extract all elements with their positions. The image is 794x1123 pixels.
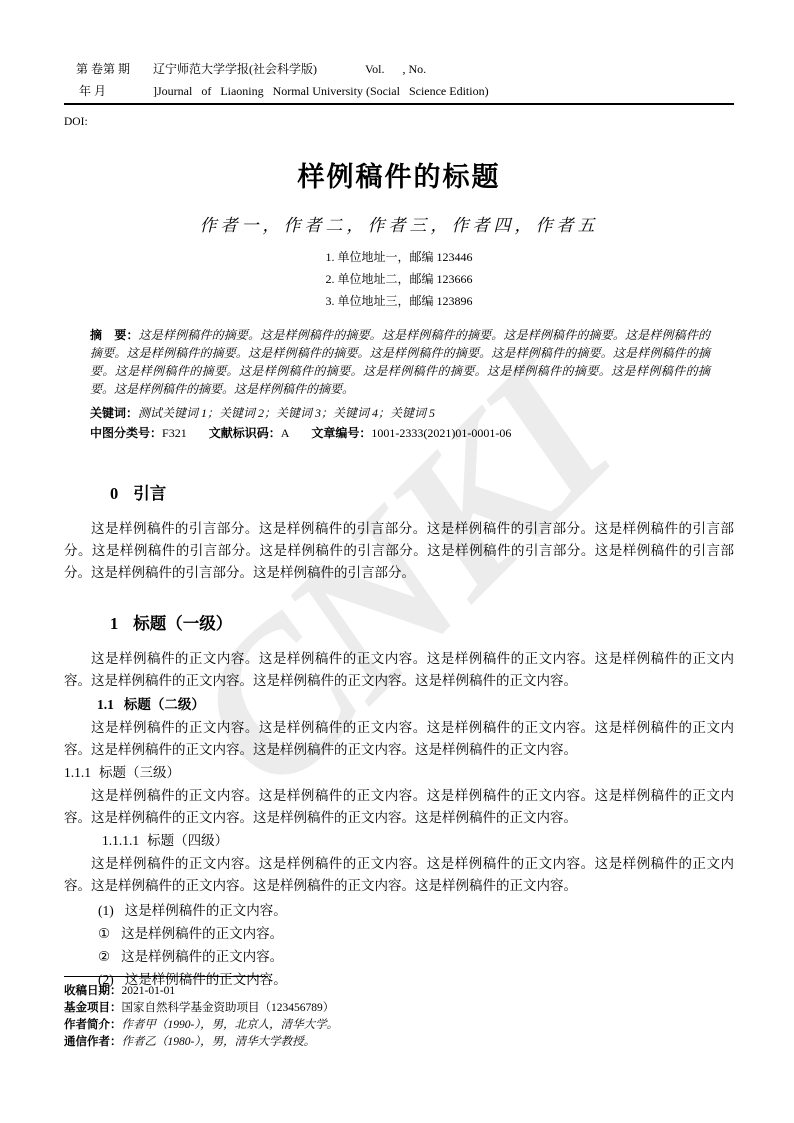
journal-name-cn: 辽宁师范大学学报(社会科学版) (153, 62, 317, 76)
keywords-line: 关键词：测试关键词 1；关键词 2；关键词 3；关键词 4；关键词 5 (90, 404, 710, 422)
footnote-block: 收稿日期：2021-01-01 基金项目：国家自然科学基金资助项目（123456… (64, 976, 338, 1051)
abstract-text: 这是样例稿件的摘要。这是样例稿件的摘要。这是样例稿件的摘要。这是样例稿件的摘要。… (90, 328, 710, 396)
list-item: (1)这是样例稿件的正文内容。 (64, 899, 734, 922)
affiliation-1: 1. 单位地址一，邮编 123446 (64, 246, 734, 268)
year-month-placeholder: 年 月 (76, 80, 153, 102)
masthead-line-2: 年 月]Journal of Liaoning Normal Universit… (76, 80, 734, 102)
affiliation-list: 1. 单位地址一，邮编 123446 2. 单位地址二，邮编 123666 3.… (64, 246, 734, 312)
list-item-text: 这是样例稿件的正文内容。 (121, 949, 283, 964)
section-heading-1: 1标题（一级） (64, 612, 734, 636)
vol-no-placeholder: Vol. , No. (365, 62, 426, 76)
footnote-rule (64, 976, 268, 977)
list-marker: (1) (98, 903, 114, 918)
journal-page: CNKI 第 卷第 期辽宁师范大学学报(社会科学版)Vol. , No. 年 月… (0, 0, 794, 1123)
masthead-line-1: 第 卷第 期辽宁师范大学学报(社会科学版)Vol. , No. (76, 58, 734, 80)
section-title: 标题（四级） (147, 833, 228, 848)
section-number: 1 (110, 614, 118, 633)
section-heading-1-1-1-1: 1.1.1.1标题（四级） (64, 830, 734, 852)
intro-paragraph: 这是样例稿件的引言部分。这是样例稿件的引言部分。这是样例稿件的引言部分。这是样例… (64, 518, 734, 584)
article-title: 样例稿件的标题 (64, 160, 734, 194)
received-date-line: 收稿日期：2021-01-01 (64, 983, 338, 1000)
list-item-text: 这是样例稿件的正文内容。 (121, 926, 283, 941)
journal-name-en: ]Journal of Liaoning Normal University (… (153, 84, 489, 98)
author-list: 作者一，作者二，作者三，作者四，作者五 (64, 214, 734, 238)
fund-project-line: 基金项目：国家自然科学基金资助项目（123456789） (64, 1000, 338, 1017)
article-id-label: 文章编号： (311, 426, 371, 440)
section-title: 引言 (133, 485, 166, 503)
list-item: ②这是样例稿件的正文内容。 (64, 945, 734, 968)
corresponding-author-label: 通信作者： (64, 1036, 122, 1048)
list-item: ①这是样例稿件的正文内容。 (64, 922, 734, 945)
abstract-block: 摘 要：这是样例稿件的摘要。这是样例稿件的摘要。这是样例稿件的摘要。这是样例稿件… (90, 326, 710, 442)
body-paragraph-4: 这是样例稿件的正文内容。这是样例稿件的正文内容。这是样例稿件的正文内容。这是样例… (64, 853, 734, 897)
fund-project-value: 国家自然科学基金资助项目（123456789） (122, 1002, 335, 1014)
body-paragraph-1: 这是样例稿件的正文内容。这是样例稿件的正文内容。这是样例稿件的正文内容。这是样例… (64, 648, 734, 692)
section-title: 标题（二级） (124, 697, 205, 712)
section-number: 1.1 (97, 697, 114, 712)
article-id-value: 1001-2333(2021)01-0001-06 (371, 426, 511, 440)
section-number: 1.1.1 (64, 765, 91, 780)
section-heading-1-1: 1.1标题（二级） (64, 694, 734, 716)
received-date-value: 2021-01-01 (122, 985, 176, 997)
list-marker: ① (98, 926, 110, 941)
section-title: 标题（三级） (99, 765, 180, 780)
section-heading-1-1-1: 1.1.1标题（三级） (64, 762, 734, 784)
body-paragraph-3: 这是样例稿件的正文内容。这是样例稿件的正文内容。这是样例稿件的正文内容。这是样例… (64, 785, 734, 829)
body-paragraph-2: 这是样例稿件的正文内容。这是样例稿件的正文内容。这是样例稿件的正文内容。这是样例… (64, 717, 734, 761)
affiliation-2: 2. 单位地址二，邮编 123666 (64, 268, 734, 290)
author-bio-line: 作者简介：作者甲（1990-），男，北京人，清华大学。 (64, 1017, 338, 1034)
section-number: 0 (110, 484, 118, 503)
clc-value: F321 (162, 426, 187, 440)
received-date-label: 收稿日期： (64, 985, 122, 997)
section-heading-intro: 0引言 (64, 482, 734, 506)
corresponding-author-value: 作者乙（1980-），男，清华大学教授。 (122, 1036, 316, 1048)
list-marker: ② (98, 949, 110, 964)
keywords-label: 关键词： (90, 406, 138, 420)
doc-code-value: A (281, 426, 290, 440)
list-item-text: 这是样例稿件的正文内容。 (125, 903, 287, 918)
affiliation-3: 3. 单位地址三，邮编 123896 (64, 290, 734, 312)
section-title: 标题（一级） (133, 615, 232, 633)
doc-code-label: 文献标识码： (209, 426, 281, 440)
author-bio-label: 作者简介： (64, 1019, 122, 1031)
masthead-rule (64, 103, 734, 105)
journal-masthead: 第 卷第 期辽宁师范大学学报(社会科学版)Vol. , No. 年 月]Jour… (64, 0, 734, 102)
page-content: 第 卷第 期辽宁师范大学学报(社会科学版)Vol. , No. 年 月]Jour… (0, 0, 794, 991)
author-bio-value: 作者甲（1990-），男，北京人，清华大学。 (122, 1019, 339, 1031)
abstract-label: 摘 要： (90, 328, 139, 342)
corresponding-author-line: 通信作者：作者乙（1980-），男，清华大学教授。 (64, 1034, 338, 1051)
classification-line: 中图分类号：F321文献标识码：A文章编号：1001-2333(2021)01-… (90, 424, 710, 442)
fund-project-label: 基金项目： (64, 1002, 122, 1014)
issue-volume-placeholder: 第 卷第 期 (76, 58, 153, 80)
section-number: 1.1.1.1 (102, 833, 139, 848)
clc-label: 中图分类号： (90, 426, 162, 440)
doi-line: DOI: (64, 114, 734, 130)
keywords-text: 测试关键词 1；关键词 2；关键词 3；关键词 4；关键词 5 (138, 406, 435, 420)
abstract-paragraph: 摘 要：这是样例稿件的摘要。这是样例稿件的摘要。这是样例稿件的摘要。这是样例稿件… (90, 326, 710, 398)
